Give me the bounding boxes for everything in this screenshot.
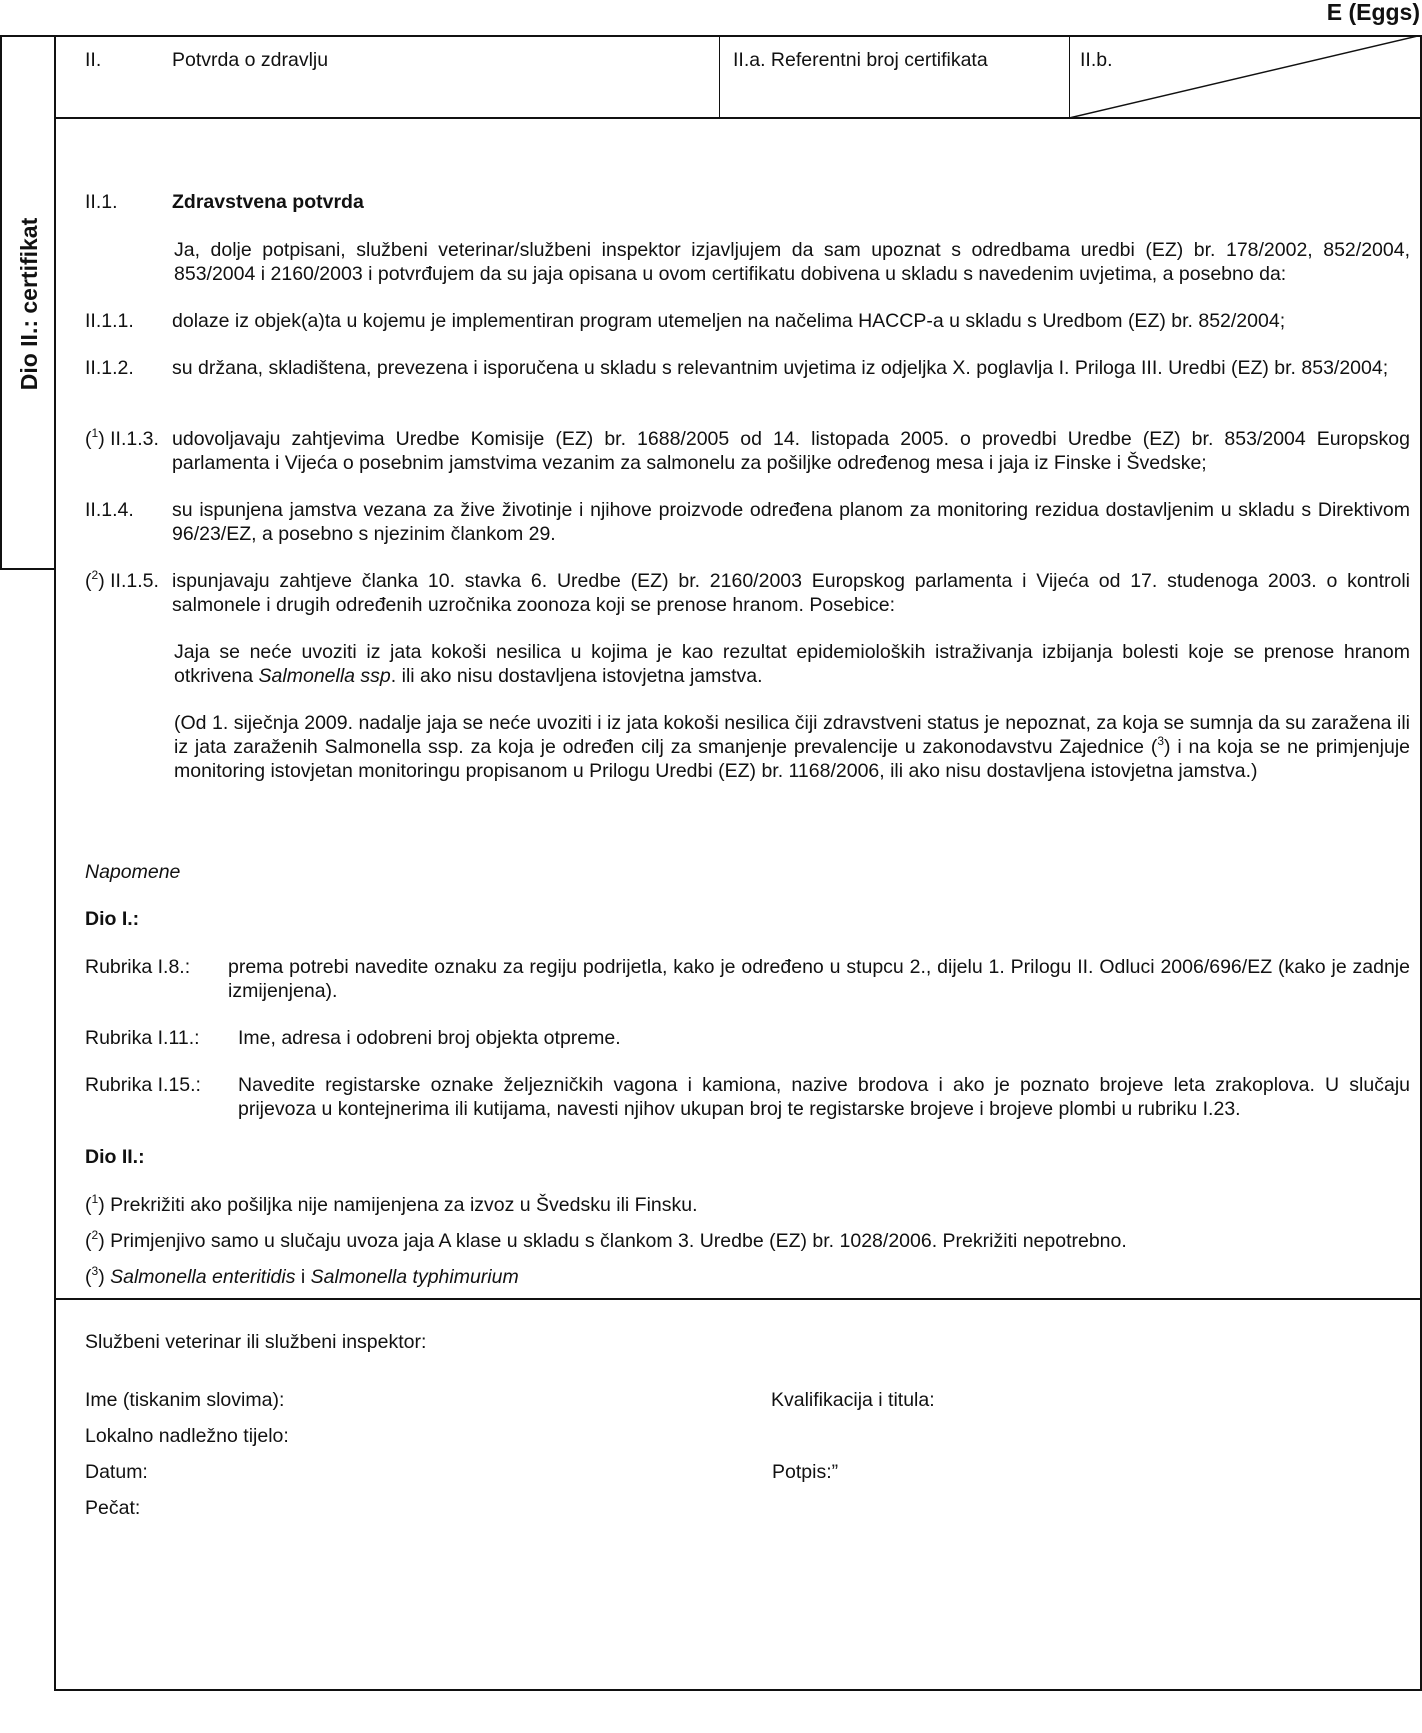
section-number: II. bbox=[85, 48, 101, 72]
health-number: II.1. bbox=[85, 190, 118, 214]
part2-title: Dio II.: bbox=[85, 1145, 145, 1169]
signature-field[interactable]: Potpis:” bbox=[772, 1460, 838, 1484]
iib-strikethrough bbox=[1069, 35, 1422, 118]
footnote-ref[interactable]: 3 bbox=[1157, 734, 1164, 748]
item-text: udovoljavaju zahtjevima Uredbe Komisije … bbox=[172, 427, 1410, 475]
footnote: (2) Primjenjivo samo u slučaju uvoza jaj… bbox=[85, 1229, 1127, 1253]
side-tab: Dio II.: certifikat bbox=[0, 35, 54, 570]
health-title: Zdravstvena potvrda bbox=[172, 190, 1410, 214]
rubric-text: prema potrebi navedite oznaku za regiju … bbox=[228, 955, 1410, 1003]
authority-field[interactable]: Lokalno nadležno tijelo: bbox=[85, 1424, 289, 1448]
notes-title: Napomene bbox=[85, 860, 180, 884]
item-text: su ispunjena jamstva vezana za žive živo… bbox=[172, 498, 1410, 546]
health-intro: Ja, dolje potpisani, službeni veterinar/… bbox=[174, 238, 1410, 286]
item-number: II.1.2. bbox=[85, 356, 134, 380]
section-title: Potvrda o zdravlju bbox=[172, 48, 328, 72]
header-divider-1 bbox=[719, 35, 720, 118]
item-number: (1) II.1.3. bbox=[85, 427, 159, 451]
iib-field-label: II.b. bbox=[1080, 48, 1113, 72]
item-text: ispunjavaju zahtjeve članka 10. stavka 6… bbox=[172, 569, 1410, 617]
footnote: (1) Prekrižiti ako pošiljka nije namijen… bbox=[85, 1193, 698, 1217]
item-number: II.1.1. bbox=[85, 309, 134, 333]
rubric-text: Ime, adresa i odobreni broj objekta otpr… bbox=[238, 1026, 1410, 1050]
item-number: (2) II.1.5. bbox=[85, 569, 159, 593]
signature-title: Službeni veterinar ili službeni inspekto… bbox=[85, 1330, 426, 1354]
rubric-text: Navedite registarske oznake željezničkih… bbox=[238, 1073, 1410, 1121]
item-text: dolaze iz objek(a)ta u kojemu je impleme… bbox=[172, 309, 1410, 333]
signature-divider bbox=[54, 1298, 1422, 1300]
part1-title: Dio I.: bbox=[85, 907, 139, 931]
item-number: II.1.4. bbox=[85, 498, 134, 522]
footnote: (3) Salmonella enteritidis i Salmonella … bbox=[85, 1265, 519, 1289]
reference-number-field[interactable]: II.a. Referentni broj certifikata bbox=[733, 48, 988, 72]
stamp-field[interactable]: Pečat: bbox=[85, 1496, 140, 1520]
certificate-type-label: E (Eggs) bbox=[1327, 0, 1420, 25]
date-field[interactable]: Datum: bbox=[85, 1460, 148, 1484]
salmonella-term: Salmonella ssp bbox=[259, 665, 391, 687]
side-tab-label: Dio II.: certifikat bbox=[17, 218, 41, 391]
item-text: su držana, skladištena, prevezena i ispo… bbox=[172, 356, 1410, 380]
qualification-field[interactable]: Kvalifikacija i titula: bbox=[771, 1388, 935, 1412]
footnote-ref[interactable]: 1 bbox=[92, 426, 99, 440]
footnote-ref[interactable]: 2 bbox=[92, 568, 99, 582]
header-bottom-line bbox=[54, 117, 1422, 119]
rubric-label: Rubrika I.8.: bbox=[85, 955, 190, 979]
name-field[interactable]: Ime (tiskanim slovima): bbox=[85, 1388, 284, 1412]
rubric-label: Rubrika I.15.: bbox=[85, 1073, 201, 1097]
rubric-label: Rubrika I.11.: bbox=[85, 1026, 200, 1050]
